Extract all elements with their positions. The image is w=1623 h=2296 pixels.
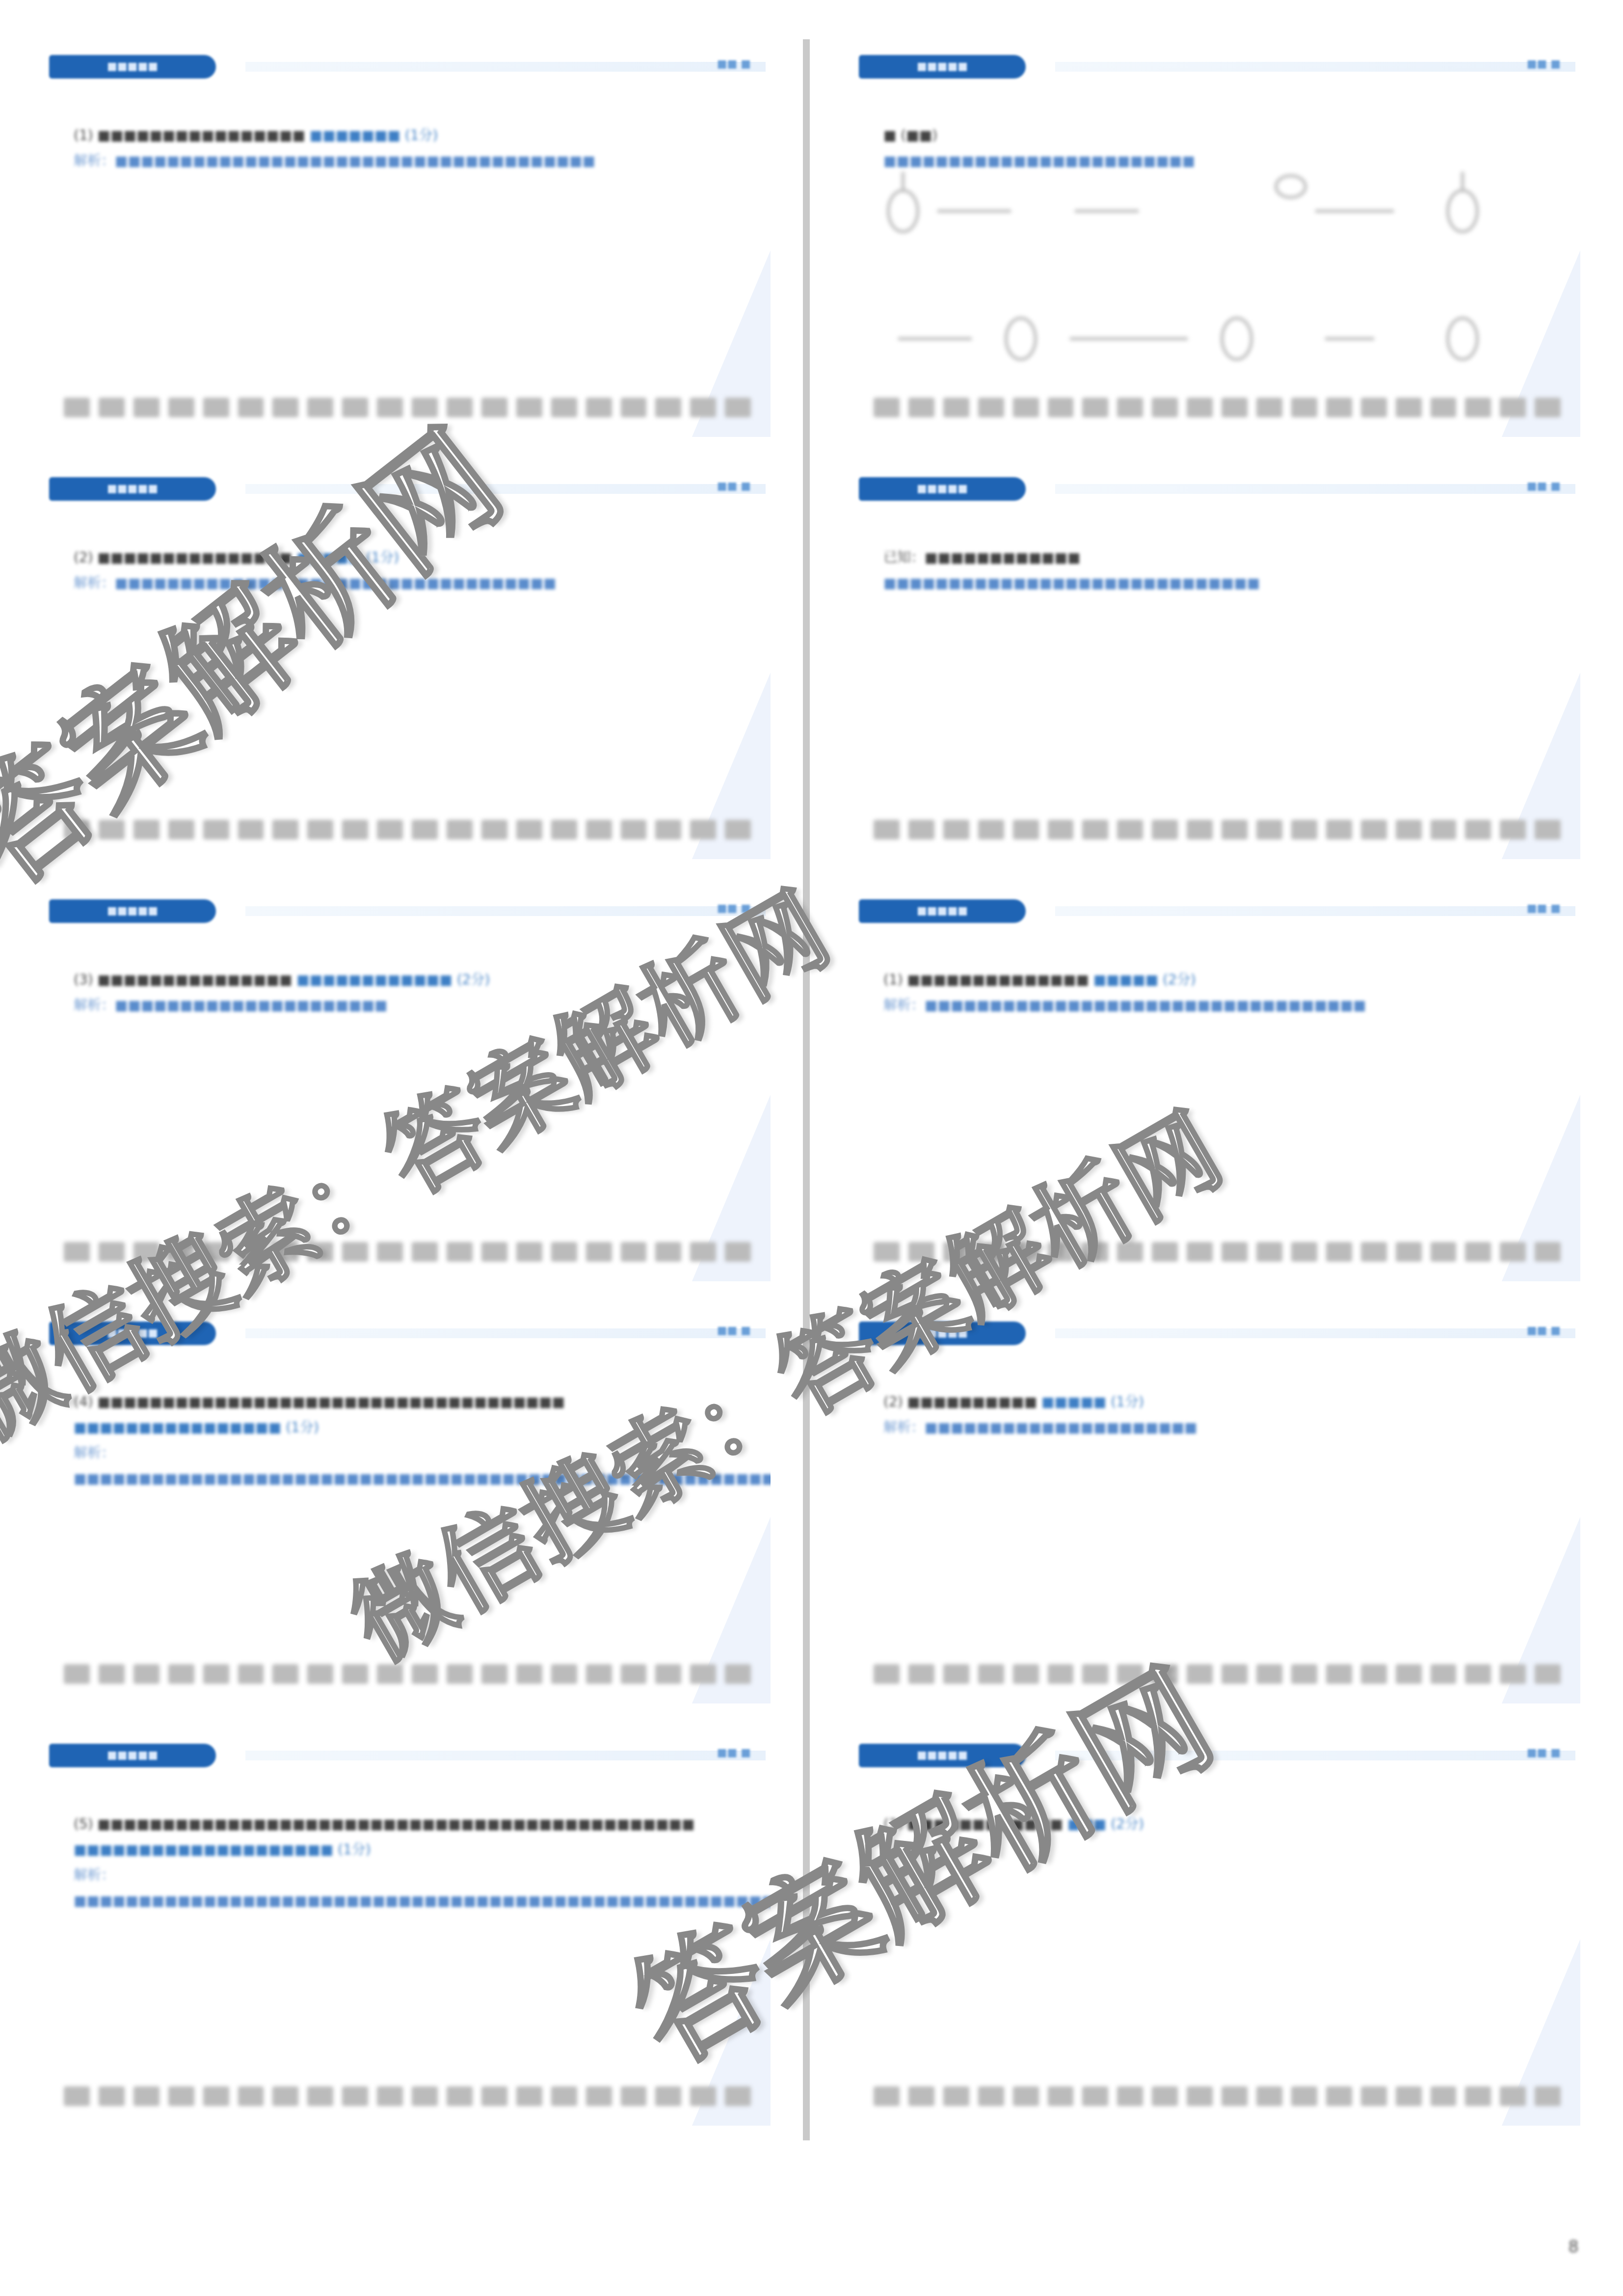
- footer-tick: [586, 2086, 612, 2106]
- panel-page-label: ■■ ■: [717, 480, 751, 492]
- footer-tick: [1535, 1664, 1561, 1684]
- answer-text: ■■■■■■■ (1分): [310, 127, 438, 143]
- footer-tick: [168, 820, 194, 839]
- footer-tick: [516, 1664, 542, 1684]
- header-bar: [1055, 1751, 1575, 1760]
- footer-tick: [412, 398, 438, 417]
- footer-tick: [342, 1242, 368, 1262]
- footer-tick: [447, 2086, 473, 2106]
- footer-tick: [238, 2086, 264, 2106]
- footer-tick: [342, 1664, 368, 1684]
- footer-tick: [1187, 2086, 1213, 2106]
- panel-header: ■■■■■■■ ■: [859, 1744, 1575, 1767]
- footer-tick: [1256, 820, 1282, 839]
- footer-tick: [1431, 2086, 1457, 2106]
- footer-tick: [1222, 398, 1248, 417]
- footer-tick: [551, 1664, 577, 1684]
- footer-tick: [551, 1242, 577, 1262]
- footer-tick: [978, 820, 1004, 839]
- header-bar: [1055, 906, 1575, 916]
- footer-tick: [1326, 398, 1352, 417]
- footer-tick: [1013, 2086, 1039, 2106]
- footer-tick: [168, 1664, 194, 1684]
- footer-tick: [690, 1242, 716, 1262]
- footer-tick: [1048, 1664, 1074, 1684]
- footer-tick: [943, 2086, 969, 2106]
- footer-tick: [978, 1242, 1004, 1262]
- footer-tick: [377, 1242, 403, 1262]
- footer-tick: [586, 398, 612, 417]
- footer-tick: [1187, 1664, 1213, 1684]
- footer-tick: [1187, 1242, 1213, 1262]
- slide-panel: ■■■■■■■ ■已知：■■■■■■■■■■■■ ■■■■■■■■■■■■■■■…: [854, 466, 1580, 859]
- footer-tick: [481, 2086, 507, 2106]
- footer-tick: [64, 1664, 90, 1684]
- slide-panel: ■■■■■■■ ■(3) ■■■■■■■■■■■■ ■■■ (2分): [854, 1733, 1580, 2126]
- footer-tick: [64, 2086, 90, 2106]
- footer-tick: [1187, 820, 1213, 839]
- footer-tick: [99, 1664, 125, 1684]
- footer-tick: [377, 1664, 403, 1684]
- footer-tick: [168, 1242, 194, 1262]
- footer-tick: [168, 398, 194, 417]
- footer-tick: [516, 1242, 542, 1262]
- footer-tick: [725, 820, 751, 839]
- question-block: (2) ■■■■■■■■■■■■■■■ ■■■■■ (1分)解析：■■■■■■■…: [74, 545, 751, 596]
- footer-tick: [481, 1664, 507, 1684]
- footer-tick: [690, 820, 716, 839]
- footer-tick: [1326, 2086, 1352, 2106]
- footer-tick: [1431, 398, 1457, 417]
- footer-tick: [99, 820, 125, 839]
- footer-tick: [1465, 820, 1491, 839]
- footer-tick: [943, 820, 969, 839]
- footer-tick: [1535, 398, 1561, 417]
- footer-tick: [412, 1664, 438, 1684]
- footer-tick: [133, 1242, 160, 1262]
- footer-tick: [1465, 1664, 1491, 1684]
- footer-tick: [621, 1664, 647, 1684]
- footer-tick: [943, 1664, 969, 1684]
- footer-tick: [1152, 2086, 1178, 2106]
- question-block: (3) ■■■■■■■■■■■■ ■■■ (2分): [883, 1811, 1561, 1837]
- panel-footer: [64, 1242, 751, 1262]
- footer-tick: [1396, 1664, 1422, 1684]
- panel-footer: [874, 398, 1561, 417]
- question-text: (2) ■■■■■■■■■■■■■■■: [74, 549, 292, 566]
- footer-tick: [377, 820, 403, 839]
- footer-tick: [1117, 2086, 1143, 2106]
- footer-tick: [1082, 1242, 1108, 1262]
- footer-tick: [1013, 820, 1039, 839]
- footer-tick: [272, 820, 298, 839]
- footer-tick: [168, 2086, 194, 2106]
- footer-tick: [1291, 1664, 1317, 1684]
- footer-tick: [412, 820, 438, 839]
- footer-tick: [1013, 1242, 1039, 1262]
- footer-tick: [874, 1664, 900, 1684]
- footer-tick: [1117, 398, 1143, 417]
- footer-tick: [1082, 1664, 1108, 1684]
- column-divider: [803, 39, 810, 2140]
- footer-tick: [1535, 1242, 1561, 1262]
- panel-header: ■■■■■■■ ■: [859, 899, 1575, 923]
- question-text: (2) ■■■■■■■■■■: [883, 1394, 1037, 1410]
- footer-tick: [1465, 1242, 1491, 1262]
- footer-tick: [1187, 398, 1213, 417]
- footer-tick: [908, 1242, 934, 1262]
- panel-footer: [64, 2086, 751, 2106]
- footer-tick: [412, 1242, 438, 1262]
- question-block: 已知：■■■■■■■■■■■■ ■■■■■■■■■■■■■■■■■■■■■■■■…: [883, 545, 1561, 596]
- panel-page-label: ■■ ■: [717, 58, 751, 70]
- footer-tick: [1152, 1242, 1178, 1262]
- explanation-text: 解析：■■■■■■■■■■■■■■■■■■■■■■■■■■■■■■■■■■■■■…: [74, 1867, 771, 1909]
- footer-tick: [874, 2086, 900, 2106]
- slide-panel: ■■■■■■■ ■(1) ■■■■■■■■■■■■■■ ■■■■■ (2分)解析…: [854, 889, 1580, 1281]
- slide-panel: ■■■■■■■ ■(2) ■■■■■■■■■■■■■■■ ■■■■■ (1分)解…: [44, 466, 771, 859]
- footer-tick: [1013, 1664, 1039, 1684]
- header-bar: [245, 1751, 766, 1760]
- footer-tick: [725, 398, 751, 417]
- footer-tick: [1222, 1242, 1248, 1262]
- footer-tick: [307, 1242, 333, 1262]
- question-text: (5) ■■■■■■■■■■■■■■■■■■■■■■■■■■■■■■■■■■■■…: [74, 1816, 695, 1832]
- footer-tick: [874, 398, 900, 417]
- section-badge: ■■■■■: [859, 1322, 1026, 1345]
- footer-tick: [1152, 1664, 1178, 1684]
- footer-tick: [1396, 2086, 1422, 2106]
- footer-tick: [447, 1664, 473, 1684]
- footer-tick: [725, 2086, 751, 2106]
- panel-page-label: ■■ ■: [717, 1324, 751, 1337]
- footer-tick: [481, 820, 507, 839]
- footer-tick: [1431, 820, 1457, 839]
- footer-tick: [447, 398, 473, 417]
- footer-tick: [1535, 820, 1561, 839]
- panel-page-label: ■■ ■: [717, 1747, 751, 1759]
- slide-panel: ■■■■■■■ ■(2) ■■■■■■■■■■ ■■■■■ (1分)解析：■■■…: [854, 1311, 1580, 1703]
- footer-tick: [1361, 1242, 1387, 1262]
- panel-header: ■■■■■■■ ■: [859, 477, 1575, 501]
- footer-tick: [1465, 398, 1491, 417]
- footer-tick: [133, 820, 160, 839]
- header-bar: [245, 62, 766, 72]
- explanation-text: 解析：■■■■■■■■■■■■■■■■■■■■■■■■■■■■■■■■■■■■■…: [74, 1445, 771, 1486]
- panel-page-label: ■■ ■: [1527, 902, 1561, 915]
- footer-tick: [133, 2086, 160, 2106]
- panel-footer: [874, 1242, 1561, 1262]
- footer-tick: [943, 398, 969, 417]
- footer-tick: [1117, 1664, 1143, 1684]
- panel-header: ■■■■■■■ ■: [49, 899, 766, 923]
- section-badge: ■■■■■: [859, 899, 1026, 923]
- slide-panel: ■■■■■■■ ■■ (■■) ■■■■■■■■■■■■■■■■■■■■■■■■: [854, 44, 1580, 437]
- footer-tick: [1291, 820, 1317, 839]
- footer-tick: [551, 820, 577, 839]
- footer-tick: [1152, 398, 1178, 417]
- question-block: (5) ■■■■■■■■■■■■■■■■■■■■■■■■■■■■■■■■■■■■…: [74, 1811, 751, 1914]
- footer-tick: [621, 2086, 647, 2106]
- footer-tick: [1326, 1664, 1352, 1684]
- footer-tick: [1291, 1242, 1317, 1262]
- footer-tick: [1117, 820, 1143, 839]
- footer-tick: [1256, 398, 1282, 417]
- footer-tick: [1396, 398, 1422, 417]
- footer-tick: [908, 1664, 934, 1684]
- footer-tick: [943, 1242, 969, 1262]
- footer-tick: [1465, 2086, 1491, 2106]
- footer-tick: [655, 1664, 681, 1684]
- footer-tick: [481, 1242, 507, 1262]
- slide-panel: ■■■■■■■ ■(4) ■■■■■■■■■■■■■■■■■■■■■■■■■■■…: [44, 1311, 771, 1703]
- footer-tick: [516, 398, 542, 417]
- header-bar: [245, 906, 766, 916]
- footer-tick: [1500, 820, 1526, 839]
- footer-tick: [908, 398, 934, 417]
- panel-header: ■■■■■■■ ■: [49, 55, 766, 79]
- footer-tick: [238, 1242, 264, 1262]
- panel-footer: [874, 820, 1561, 839]
- header-bar: [1055, 484, 1575, 494]
- footer-tick: [908, 820, 934, 839]
- question-text: (3) ■■■■■■■■■■■■■■■: [74, 972, 292, 988]
- footer-tick: [64, 398, 90, 417]
- footer-tick: [307, 1664, 333, 1684]
- footer-tick: [1222, 820, 1248, 839]
- slide-panel: ■■■■■■■ ■(3) ■■■■■■■■■■■■■■■ ■■■■■■■■■■■…: [44, 889, 771, 1281]
- footer-tick: [272, 398, 298, 417]
- footer-tick: [272, 1664, 298, 1684]
- panel-page-label: ■■ ■: [1527, 480, 1561, 492]
- footer-tick: [978, 1664, 1004, 1684]
- panel-header: ■■■■■■■ ■: [859, 1322, 1575, 1345]
- question-block: (1) ■■■■■■■■■■■■■■■■ ■■■■■■■ (1分)解析：■■■■…: [74, 123, 751, 174]
- footer-tick: [133, 1664, 160, 1684]
- footer-tick: [272, 1242, 298, 1262]
- answer-text: ■■■■■ (2分): [1093, 972, 1196, 988]
- footer-tick: [1256, 2086, 1282, 2106]
- footer-tick: [307, 2086, 333, 2106]
- panel-page-label: ■■ ■: [1527, 1747, 1561, 1759]
- footer-tick: [307, 820, 333, 839]
- section-badge: ■■■■■: [859, 55, 1026, 79]
- footer-tick: [238, 398, 264, 417]
- footer-tick: [203, 398, 229, 417]
- footer-tick: [586, 1242, 612, 1262]
- slide-panel: ■■■■■■■ ■(5) ■■■■■■■■■■■■■■■■■■■■■■■■■■■…: [44, 1733, 771, 2126]
- footer-tick: [655, 398, 681, 417]
- footer-tick: [1500, 1242, 1526, 1262]
- question-block: (4) ■■■■■■■■■■■■■■■■■■■■■■■■■■■■■■■■■■■■…: [74, 1389, 751, 1491]
- answer-text: ■■■■■ (1分): [1041, 1394, 1144, 1410]
- footer-tick: [1222, 2086, 1248, 2106]
- footer-tick: [1291, 398, 1317, 417]
- panel-page-label: ■■ ■: [1527, 1324, 1561, 1337]
- footer-tick: [1048, 398, 1074, 417]
- footer-tick: [99, 1242, 125, 1262]
- explanation-text: 解析：■■■■■■■■■■■■■■■■■■■■■: [883, 1419, 1197, 1435]
- footer-tick: [1361, 2086, 1387, 2106]
- footer-tick: [1082, 398, 1108, 417]
- footer-tick: [1152, 820, 1178, 839]
- footer-tick: [725, 1242, 751, 1262]
- panel-footer: [874, 1664, 1561, 1684]
- footer-tick: [1431, 1664, 1457, 1684]
- footer-tick: [621, 1242, 647, 1262]
- question-text: (3) ■■■■■■■■■■■■: [883, 1816, 1063, 1832]
- footer-tick: [621, 820, 647, 839]
- footer-tick: [1082, 2086, 1108, 2106]
- footer-tick: [64, 820, 90, 839]
- footer-tick: [1361, 1664, 1387, 1684]
- footer-tick: [655, 2086, 681, 2106]
- explanation-text: 解析：■■■■■■■■■■■■■■■■■■■■■: [74, 997, 388, 1013]
- explanation-text: 解析：■■■■■■■■■■■■■■■■■■■■■■■■■■■■■■■■■■: [883, 997, 1366, 1013]
- footer-tick: [99, 2086, 125, 2106]
- footer-tick: [447, 1242, 473, 1262]
- footer-tick: [655, 1242, 681, 1262]
- footer-tick: [203, 820, 229, 839]
- footer-tick: [655, 820, 681, 839]
- footer-tick: [690, 1664, 716, 1684]
- header-bar: [245, 1328, 766, 1338]
- footer-tick: [725, 1664, 751, 1684]
- footer-tick: [377, 398, 403, 417]
- footer-tick: [1500, 2086, 1526, 2106]
- question-text: ■ (■■): [883, 127, 937, 143]
- footer-tick: [1256, 1242, 1282, 1262]
- answer-text: ■■■■■ (1分): [296, 549, 399, 566]
- footer-tick: [1013, 398, 1039, 417]
- footer-tick: [238, 1664, 264, 1684]
- footer-tick: [307, 398, 333, 417]
- question-block: (2) ■■■■■■■■■■ ■■■■■ (1分)解析：■■■■■■■■■■■■…: [883, 1389, 1561, 1440]
- footer-tick: [1500, 1664, 1526, 1684]
- footer-tick: [272, 2086, 298, 2106]
- answer-text: ■■■■■■■■■■■■■■■■ (1分): [74, 1419, 319, 1435]
- footer-tick: [621, 398, 647, 417]
- footer-tick: [978, 2086, 1004, 2106]
- panel-header: ■■■■■■■ ■: [49, 1322, 766, 1345]
- question-text: (4) ■■■■■■■■■■■■■■■■■■■■■■■■■■■■■■■■■■■■: [74, 1394, 565, 1410]
- header-bar: [1055, 1328, 1575, 1338]
- header-bar: [1055, 62, 1575, 72]
- footer-tick: [690, 398, 716, 417]
- footer-tick: [481, 398, 507, 417]
- question-text: (1) ■■■■■■■■■■■■■■■■: [74, 127, 305, 143]
- panel-header: ■■■■■■■ ■: [859, 55, 1575, 79]
- footer-tick: [1048, 1242, 1074, 1262]
- panel-footer: [64, 820, 751, 839]
- footer-tick: [342, 820, 368, 839]
- footer-tick: [690, 2086, 716, 2106]
- footer-tick: [447, 820, 473, 839]
- panel-footer: [874, 2086, 1561, 2106]
- question-text: (1) ■■■■■■■■■■■■■■: [883, 972, 1089, 988]
- footer-tick: [1431, 1242, 1457, 1262]
- footer-tick: [1326, 1242, 1352, 1262]
- footer-tick: [1256, 1664, 1282, 1684]
- footer-tick: [1535, 2086, 1561, 2106]
- footer-tick: [551, 2086, 577, 2106]
- footer-tick: [1396, 820, 1422, 839]
- section-badge: ■■■■■: [49, 1744, 216, 1767]
- footer-tick: [203, 1664, 229, 1684]
- answer-text: ■■■■■■■■■■■■ (2分): [296, 972, 490, 988]
- panel-footer: [64, 1664, 751, 1684]
- footer-tick: [874, 1242, 900, 1262]
- footer-tick: [342, 398, 368, 417]
- footer-tick: [978, 398, 1004, 417]
- question-block: (1) ■■■■■■■■■■■■■■ ■■■■■ (2分)解析：■■■■■■■■…: [883, 967, 1561, 1018]
- footer-tick: [203, 2086, 229, 2106]
- footer-tick: [586, 1664, 612, 1684]
- answer-text: ■■■■■■■■■■■■■■■■■■■■ (1分): [74, 1841, 371, 1858]
- panel-page-label: ■■ ■: [1527, 58, 1561, 70]
- footer-tick: [99, 398, 125, 417]
- footer-tick: [516, 2086, 542, 2106]
- explanation-text: 解析：■■■■■■■■■■■■■■■■■■■■■■■■■■■■■■■■■■: [74, 575, 556, 591]
- section-badge: ■■■■■: [859, 477, 1026, 501]
- footer-tick: [133, 398, 160, 417]
- footer-tick: [1500, 398, 1526, 417]
- footer-tick: [1082, 820, 1108, 839]
- footer-tick: [1048, 2086, 1074, 2106]
- footer-tick: [1291, 2086, 1317, 2106]
- section-badge: ■■■■■: [49, 1322, 216, 1345]
- section-badge: ■■■■■: [49, 477, 216, 501]
- footer-tick: [238, 820, 264, 839]
- panel-footer: [64, 398, 751, 417]
- answer-text: ■■■ (2分): [1067, 1816, 1144, 1832]
- footer-tick: [1326, 820, 1352, 839]
- page-number: 8: [1568, 2237, 1579, 2257]
- footer-tick: [1117, 1242, 1143, 1262]
- footer-tick: [1361, 398, 1387, 417]
- panel-page-label: ■■ ■: [717, 902, 751, 915]
- panel-header: ■■■■■■■ ■: [49, 1744, 766, 1767]
- panel-header: ■■■■■■■ ■: [49, 477, 766, 501]
- footer-tick: [908, 2086, 934, 2106]
- section-badge: ■■■■■: [49, 899, 216, 923]
- footer-tick: [874, 820, 900, 839]
- footer-tick: [203, 1242, 229, 1262]
- footer-tick: [1222, 1664, 1248, 1684]
- reaction-scheme-diagram: [883, 157, 1561, 393]
- footer-tick: [342, 2086, 368, 2106]
- footer-tick: [551, 398, 577, 417]
- slide-panel: ■■■■■■■ ■(1) ■■■■■■■■■■■■■■■■ ■■■■■■■ (1…: [44, 44, 771, 437]
- explanation-text: ■■■■■■■■■■■■■■■■■■■■■■■■■■■■■: [883, 575, 1260, 591]
- explanation-text: 解析：■■■■■■■■■■■■■■■■■■■■■■■■■■■■■■■■■■■■■: [74, 153, 595, 169]
- question-block: (3) ■■■■■■■■■■■■■■■ ■■■■■■■■■■■■ (2分)解析：…: [74, 967, 751, 1018]
- footer-tick: [516, 820, 542, 839]
- footer-tick: [1048, 820, 1074, 839]
- footer-tick: [586, 820, 612, 839]
- section-badge: ■■■■■: [49, 55, 216, 79]
- section-badge: ■■■■■: [859, 1744, 1026, 1767]
- footer-tick: [1361, 820, 1387, 839]
- header-bar: [245, 484, 766, 494]
- footer-tick: [377, 2086, 403, 2106]
- footer-tick: [1396, 1242, 1422, 1262]
- footer-tick: [64, 1242, 90, 1262]
- question-text: 已知：■■■■■■■■■■■■: [883, 549, 1080, 566]
- footer-tick: [412, 2086, 438, 2106]
